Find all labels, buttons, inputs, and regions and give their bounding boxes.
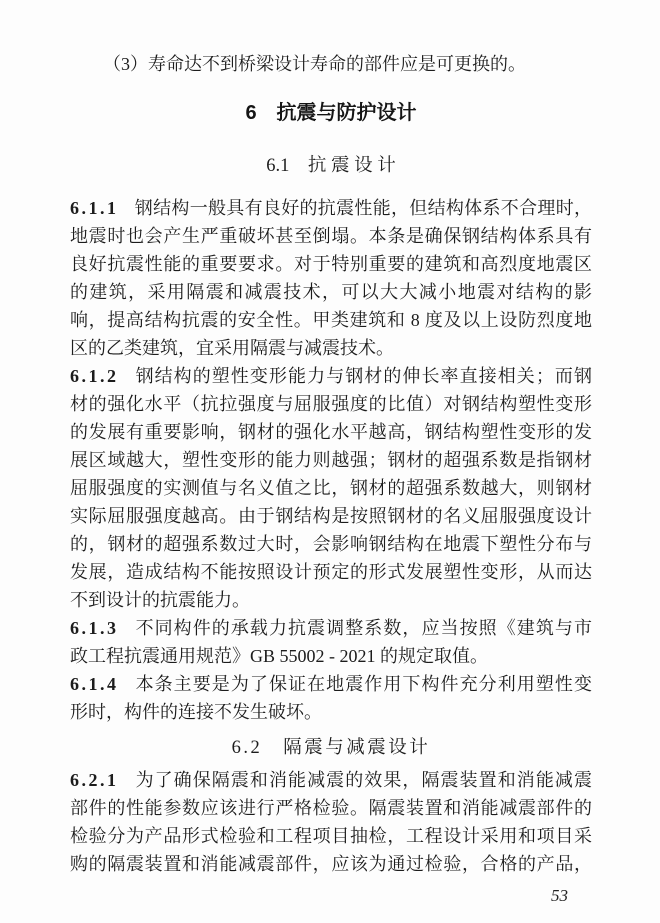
body-line: 的，钢材的超强系数过大时，会影响钢结构在地震下塑性分布与	[70, 530, 592, 558]
body-line: 区的乙类建筑，宜采用隔震与减震技术。	[70, 334, 592, 362]
section-heading-6-2: 6.2 隔震与减震设计	[70, 734, 592, 762]
body-line: 良好抗震性能的重要要求。对于特别重要的建筑和高烈度地震区	[70, 250, 592, 278]
body-line: 购的隔震装置和消能减震部件，应该为通过检验，合格的产品，	[70, 850, 592, 878]
body-line: 不到设计的抗震能力。	[70, 586, 592, 614]
document-page: （3）寿命达不到桥梁设计寿命的部件应是可更换的。6 抗震与防护设计6.1 抗 震…	[0, 0, 660, 923]
body-line: 屈服强度的实测值与名义值之比，钢材的超强系数越大，则钢材	[70, 474, 592, 502]
chapter-heading: 6 抗震与防护设计	[70, 98, 592, 128]
body-line: 政工程抗震通用规范》GB 55002 - 2021 的规定取值。	[70, 642, 592, 670]
page-number: 53	[0, 886, 568, 906]
clause-number: 6.1.3	[70, 618, 119, 638]
body-line: 响，提高结构抗震的安全性。甲类建筑和 8 度及以上设防烈度地	[70, 306, 592, 334]
body-line: 的发展有重要影响，钢材的强化水平越高，钢结构塑性变形的发	[70, 418, 592, 446]
body-line: 检验分为产品形式检验和工程项目抽检，工程设计采用和项目采	[70, 822, 592, 850]
clause-number: 6.1.1	[70, 198, 119, 218]
body-line: 的建筑，采用隔震和减震技术，可以大大减小地震对结构的影	[70, 278, 592, 306]
clause-number: 6.1.2	[70, 366, 119, 386]
body-line: 地震时也会产生严重破坏甚至倒塌。本条是确保钢结构体系具有	[70, 222, 592, 250]
body-line: 展区域越大，塑性变形的能力则越强；钢材的超强系数是指钢材	[70, 446, 592, 474]
clause-6-1-4-line: 6.1.4本条主要是为了保证在地震作用下构件充分利用塑性变	[70, 670, 592, 698]
clause-6-1-1-line: 6.1.1钢结构一般具有良好的抗震性能，但结构体系不合理时，	[70, 194, 592, 222]
body-line: 形时，构件的连接不发生破坏。	[70, 698, 592, 726]
clause-6-2-1-line: 6.2.1为了确保隔震和消能减震的效果，隔震装置和消能减震	[70, 766, 592, 794]
list-item-3: （3）寿命达不到桥梁设计寿命的部件应是可更换的。	[70, 50, 592, 78]
body-line: 发展，造成结构不能按照设计预定的形式发展塑性变形，从而达	[70, 558, 592, 586]
body-line: 材的强化水平（抗拉强度与屈服强度的比值）对钢结构塑性变形	[70, 390, 592, 418]
clause-6-1-3-line: 6.1.3不同构件的承载力抗震调整系数，应当按照《建筑与市	[70, 614, 592, 642]
body-line: 部件的性能参数应该进行严格检验。隔震装置和消能减震部件的	[70, 794, 592, 822]
section-heading-6-1: 6.1 抗 震 设 计	[70, 152, 592, 180]
document-body: （3）寿命达不到桥梁设计寿命的部件应是可更换的。6 抗震与防护设计6.1 抗 震…	[70, 50, 592, 878]
body-line: 实际屈服强度越高。由于钢结构是按照钢材的名义屈服强度设计	[70, 502, 592, 530]
clause-6-1-2-line: 6.1.2钢结构的塑性变形能力与钢材的伸长率直接相关；而钢	[70, 362, 592, 390]
clause-number: 6.2.1	[70, 770, 119, 790]
clause-number: 6.1.4	[70, 674, 119, 694]
